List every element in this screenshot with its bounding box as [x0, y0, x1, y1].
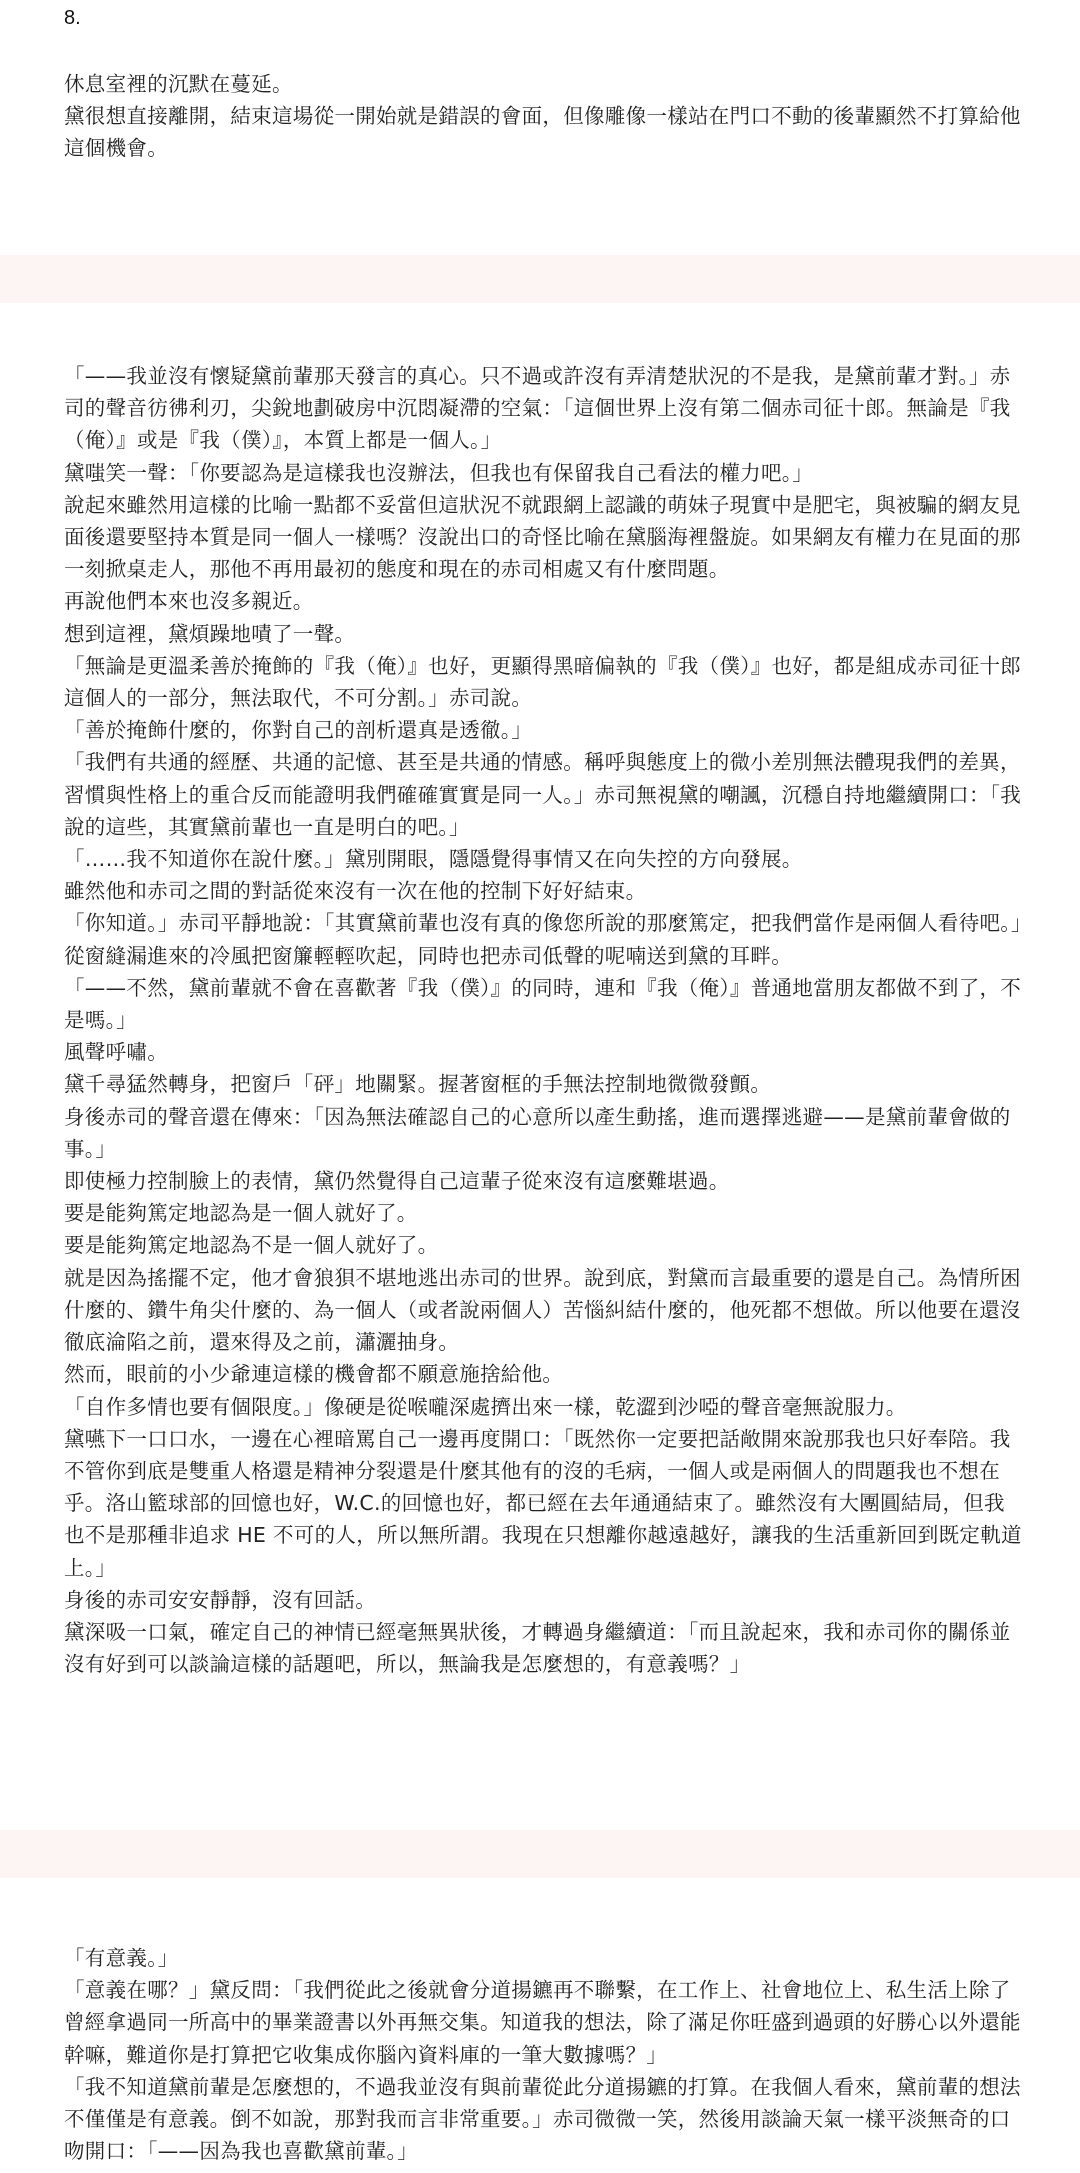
paragraph: 「……我不知道你在說什麼。」黛別開眼，隱隱覺得事情又在向失控的方向發展。: [64, 843, 1024, 875]
paragraph: 黛深吸一口氣，確定自己的神情已經毫無異狀後，才轉過身繼續道：「而且說起來，我和赤…: [64, 1616, 1024, 1680]
paragraph: 「有意義。」: [64, 1942, 1024, 1974]
paragraph: 身後的赤司安安靜靜，沒有回話。: [64, 1584, 1024, 1616]
paragraph: 就是因為搖擺不定，他才會狼狽不堪地逃出赤司的世界。說到底，對黛而言最重要的還是自…: [64, 1262, 1024, 1359]
paragraph: 即使極力控制臉上的表情，黛仍然覺得自己這輩子從來沒有這麼難堪過。: [64, 1165, 1024, 1197]
paragraph: 「——我並沒有懷疑黛前輩那天發言的真心。只不過或許沒有弄清楚狀況的不是我，是黛前…: [64, 360, 1024, 457]
paragraph: 黛千尋猛然轉身，把窗戶「砰」地關緊。握著窗框的手無法控制地微微發顫。: [64, 1068, 1024, 1100]
section-divider: [0, 255, 1080, 303]
paragraph: 黛很想直接離開，結束這場從一開始就是錯誤的會面，但像雕像一樣站在門口不動的後輩顯…: [64, 100, 1024, 164]
paragraph: 要是能夠篤定地認為是一個人就好了。: [64, 1197, 1024, 1229]
paragraph: 說起來雖然用這樣的比喻一點都不妥當但這狀況不就跟網上認識的萌妹子現實中是肥宅，與…: [64, 489, 1024, 586]
chapter-number: 8.: [64, 4, 81, 32]
paragraph: 「我們有共通的經歷、共通的記憶、甚至是共通的情感。稱呼與態度上的微小差別無法體現…: [64, 746, 1024, 843]
paragraph: 要是能夠篤定地認為不是一個人就好了。: [64, 1229, 1024, 1261]
section-1: 休息室裡的沉默在蔓延。 黛很想直接離開，結束這場從一開始就是錯誤的會面，但像雕像…: [64, 68, 1024, 165]
section-2: 「——我並沒有懷疑黛前輩那天發言的真心。只不過或許沒有弄清楚狀況的不是我，是黛前…: [64, 360, 1024, 1680]
paragraph: 「我不知道黛前輩是怎麼想的，不過我並沒有與前輩從此分道揚鑣的打算。在我個人看來，…: [64, 2071, 1024, 2168]
paragraph: 風聲呼嘯。: [64, 1036, 1024, 1068]
paragraph: 「你知道。」赤司平靜地說：「其實黛前輩也沒有真的像您所說的那麼篤定，把我們當作是…: [64, 907, 1024, 939]
paragraph: 「自作多情也要有個限度。」像硬是從喉嚨深處擠出來一樣，乾澀到沙啞的聲音毫無說服力…: [64, 1391, 1024, 1423]
paragraph: 雖然他和赤司之間的對話從來沒有一次在他的控制下好好結束。: [64, 875, 1024, 907]
paragraph: 「意義在哪？」黛反問：「我們從此之後就會分道揚鑣再不聯繫，在工作上、社會地位上、…: [64, 1974, 1024, 2071]
section-3: 「有意義。」 「意義在哪？」黛反問：「我們從此之後就會分道揚鑣再不聯繫，在工作上…: [64, 1942, 1024, 2167]
paragraph: 然而，眼前的小少爺連這樣的機會都不願意施捨給他。: [64, 1358, 1024, 1390]
paragraph: 「無論是更溫柔善於掩飾的『我（俺）』也好，更顯得黑暗偏執的『我（僕）』也好，都是…: [64, 650, 1024, 714]
paragraph: 從窗縫漏進來的冷風把窗簾輕輕吹起，同時也把赤司低聲的呢喃送到黛的耳畔。: [64, 940, 1024, 972]
paragraph: 「善於掩飾什麼的，你對自己的剖析還真是透徹。」: [64, 714, 1024, 746]
paragraph: 身後赤司的聲音還在傳來：「因為無法確認自己的心意所以產生動搖，進而選擇逃避——是…: [64, 1101, 1024, 1165]
paragraph: 黛嚥下一口口水，一邊在心裡暗罵自己一邊再度開口：「既然你一定要把話敞開來說那我也…: [64, 1423, 1024, 1584]
paragraph: 休息室裡的沉默在蔓延。: [64, 68, 1024, 100]
section-divider: [0, 1830, 1080, 1878]
paragraph: 想到這裡，黛煩躁地嘖了一聲。: [64, 618, 1024, 650]
paragraph: 黛嗤笑一聲：「你要認為是這樣我也沒辦法，但我也有保留我自己看法的權力吧。」: [64, 457, 1024, 489]
paragraph: 「——不然，黛前輩就不會在喜歡著『我（僕）』的同時，連和『我（俺）』普通地當朋友…: [64, 972, 1024, 1036]
paragraph: 再說他們本來也沒多親近。: [64, 585, 1024, 617]
